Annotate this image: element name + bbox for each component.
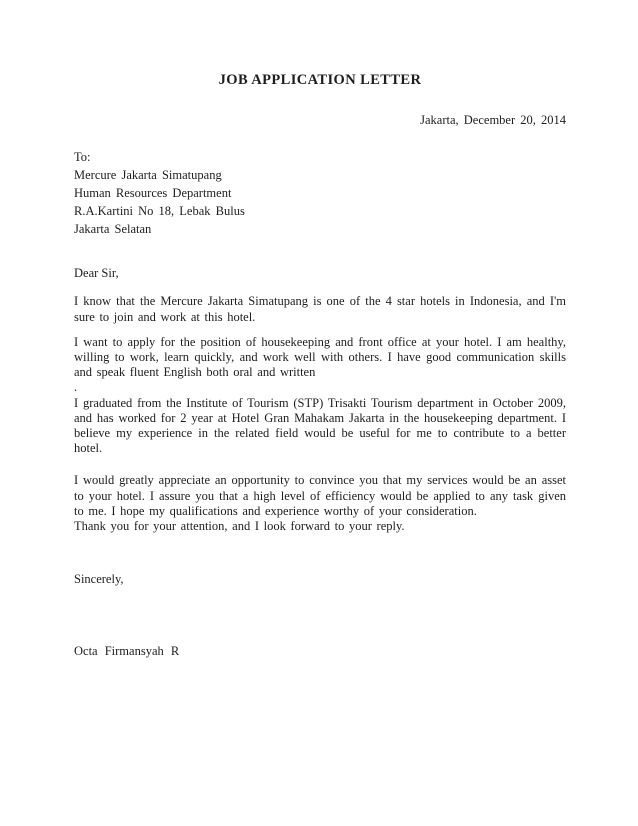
recipient-line-department: Human Resources Department	[74, 184, 566, 202]
paragraph-appreciation: I would greatly appreciate an opportunit…	[74, 473, 566, 519]
closing: Sincerely,	[74, 572, 566, 587]
paragraph-intro: I know that the Mercure Jakarta Simatupa…	[74, 294, 566, 324]
letter-date: Jakarta, December 20, 2014	[74, 113, 566, 128]
recipient-label: To:	[74, 148, 566, 166]
recipient-line-city: Jakarta Selatan	[74, 220, 566, 238]
salutation: Dear Sir,	[74, 266, 566, 281]
recipient-block: To: Mercure Jakarta Simatupang Human Res…	[74, 148, 566, 238]
paragraph-application: I want to apply for the position of hous…	[74, 335, 566, 381]
signature-name: Octa Firmansyah R	[74, 644, 566, 659]
recipient-line-company: Mercure Jakarta Simatupang	[74, 166, 566, 184]
paragraph-stray-period: .	[74, 380, 566, 395]
paragraph-thanks: Thank you for your attention, and I look…	[74, 519, 566, 534]
paragraph-education: I graduated from the Institute of Touris…	[74, 396, 566, 457]
letter-document: JOB APPLICATION LETTER Jakarta, December…	[0, 0, 638, 826]
letter-title: JOB APPLICATION LETTER	[74, 71, 566, 89]
recipient-line-street: R.A.Kartini No 18, Lebak Bulus	[74, 202, 566, 220]
